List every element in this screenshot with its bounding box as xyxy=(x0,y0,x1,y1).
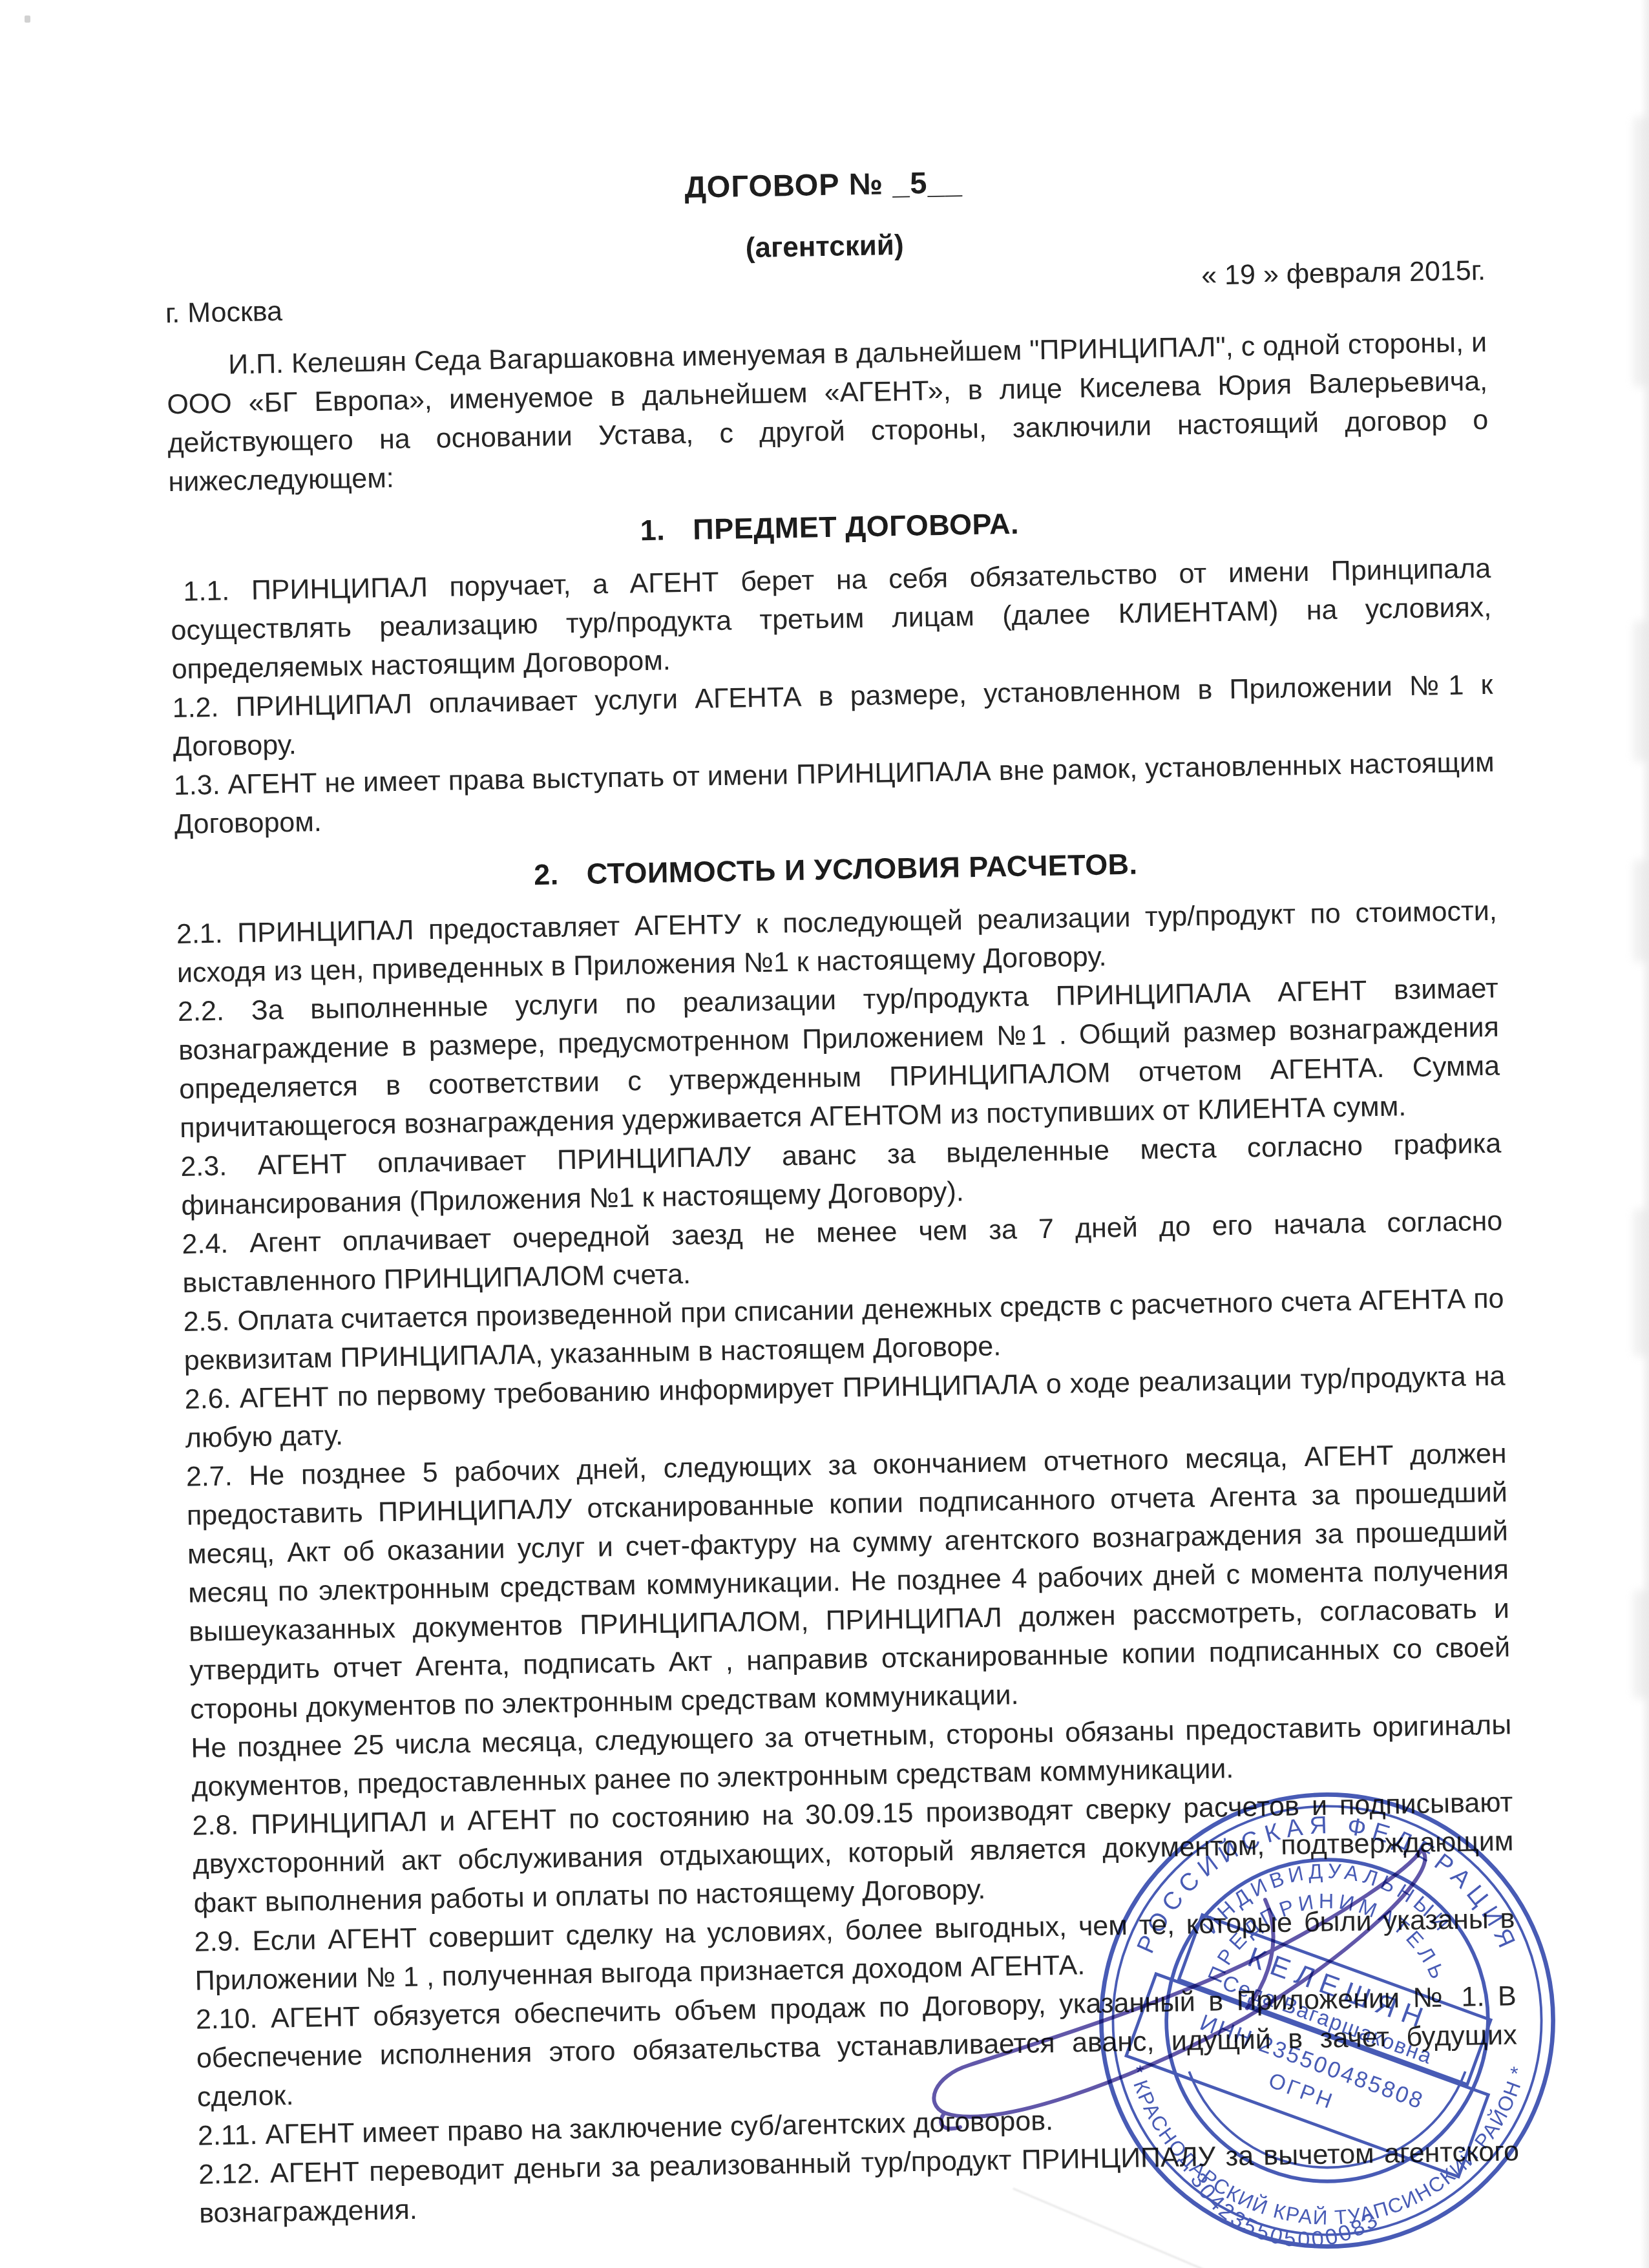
date-label: « 19 » февраля 2015г. xyxy=(1201,255,1486,292)
section-number: 1. xyxy=(640,513,665,547)
section-number: 2. xyxy=(534,857,559,891)
meta-row: г. Москва « 19 » февраля 2015г. xyxy=(165,275,1486,330)
scan-smudge xyxy=(1633,1590,1648,1699)
scan-smudge xyxy=(1633,116,1648,388)
scan-smudge xyxy=(1633,859,1648,963)
section-title: СТОИМОСТЬ И УСЛОВИЯ РАСЧЕТОВ. xyxy=(586,848,1138,890)
section-heading-1: 1. ПРЕДМЕТ ДОГОВОРА. xyxy=(169,499,1491,556)
clause-2-7: 2.7. Не позднее 5 рабочих дней, следующи… xyxy=(185,1434,1511,1728)
section-title: ПРЕДМЕТ ДОГОВОРА. xyxy=(693,507,1020,546)
handwritten-signature xyxy=(898,1821,1551,2196)
clause-2-2: 2.2. За выполненные услуги по реализации… xyxy=(178,969,1501,1148)
scan-smudge xyxy=(1633,1208,1648,1357)
section-heading-2: 2. СТОИМОСТЬ И УСЛОВИЯ РАСЧЕТОВ. xyxy=(175,841,1497,898)
city-label: г. Москва xyxy=(165,296,282,330)
scan-smudge xyxy=(1633,620,1648,762)
page-title: ДОГОВОР № _5__ xyxy=(163,155,1484,214)
scanned-contract-page: ДОГОВОР № _5__ (агентский) г. Москва « 1… xyxy=(0,0,1649,2268)
signature-strokes xyxy=(934,1850,1425,2128)
scan-speck xyxy=(25,16,30,23)
intro-paragraph: И.П. Келешян Седа Вагаршаковна именуемая… xyxy=(166,323,1489,501)
clause-1-1: 1.1. ПРИНЦИПАЛ поручает, а АГЕНТ берет н… xyxy=(170,549,1493,689)
